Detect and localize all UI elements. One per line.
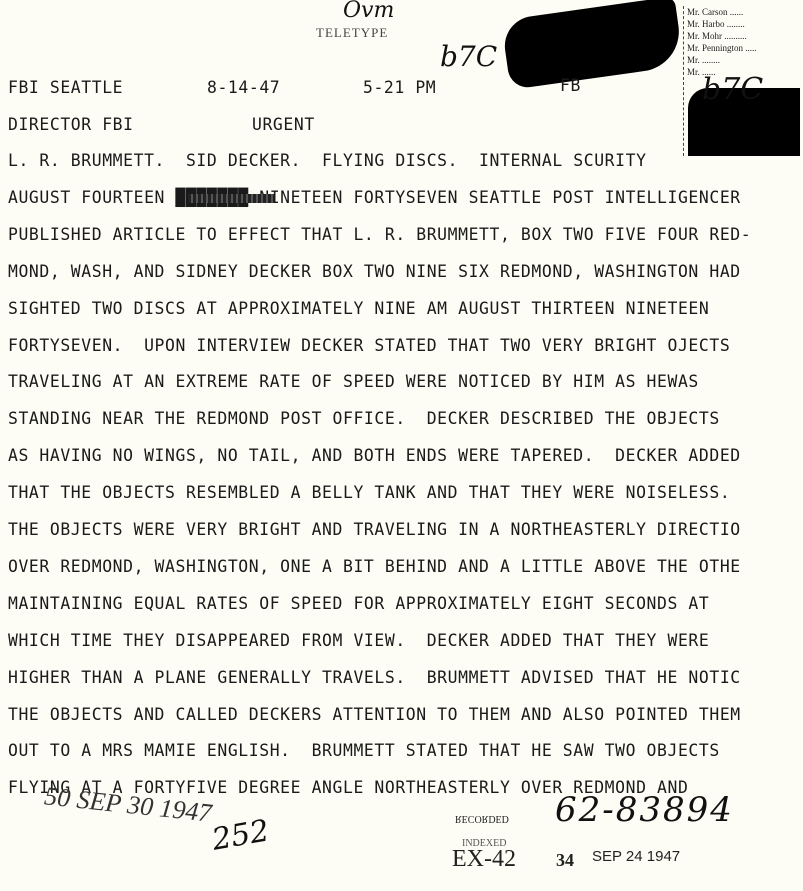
body-line: TRAVELING AT AN EXTREME RATE OF SPEED WE…	[8, 374, 699, 390]
routing-name: Mr. ........	[687, 54, 802, 66]
body-line: L. R. BRUMMETT. SID DECKER. FLYING DISCS…	[8, 153, 647, 169]
body-line: THE OBJECTS AND CALLED DECKERS ATTENTION…	[8, 707, 741, 723]
redaction-code-b7c: b7C	[440, 40, 497, 73]
handwritten-initials: Ovm	[343, 0, 394, 23]
message-time: 5-21 PM	[363, 80, 436, 96]
routing-name: Mr. Pennington .....	[687, 42, 802, 54]
file-number: 62-83894	[555, 790, 734, 830]
body-line: MOND, WASH, AND SIDNEY DECKER BOX TWO NI…	[8, 264, 741, 280]
body-line: THAT THE OBJECTS RESEMBLED A BELLY TANK …	[8, 485, 730, 501]
recipient: DIRECTOR FBI	[8, 117, 134, 133]
ex-label: EX-42	[452, 846, 516, 873]
index-number: 34	[556, 850, 574, 871]
message-date: 8-14-47	[207, 80, 280, 96]
body-line: STANDING NEAR THE REDMOND POST OFFICE. D…	[8, 411, 720, 427]
body-line: WHICH TIME THEY DISAPPEARED FROM VIEW. D…	[8, 633, 709, 649]
body-line: FORTYSEVEN. UPON INTERVIEW DECKER STATED…	[8, 338, 730, 354]
routing-name: Mr. Mohr ..........	[687, 30, 802, 42]
teletype-label: TELETYPE	[316, 25, 388, 41]
strikeout-mark	[188, 194, 274, 203]
from-office: FBI SEATTLE	[8, 80, 123, 96]
routing-name: Mr. Carson ......	[687, 6, 802, 18]
body-line: PUBLISHED ARTICLE TO EFFECT THAT L. R. B…	[8, 227, 751, 243]
body-line: OUT TO A MRS MAMIE ENGLISH. BRUMMETT STA…	[8, 743, 720, 759]
handwritten-number: 252	[209, 813, 271, 857]
body-line: MAINTAINING EQUAL RATES OF SPEED FOR APP…	[8, 596, 709, 612]
routing-name: Mr. Harbo ........	[687, 18, 802, 30]
recorded-label: RECORDED	[455, 813, 509, 824]
body-line: THE OBJECTS WERE VERY BRIGHT AND TRAVELI…	[8, 522, 741, 538]
teletype-document: Ovm TELETYPE b7C Mr. Carson ...... Mr. H…	[0, 0, 803, 891]
redaction-block-top	[501, 0, 684, 90]
body-line: OVER REDMOND, WASHINGTON, ONE A BIT BEHI…	[8, 559, 741, 575]
body-line: SIGHTED TWO DISCS AT APPROXIMATELY NINE …	[8, 301, 709, 317]
priority: URGENT	[252, 117, 315, 133]
redaction-code-b7c-routing: b7C	[702, 72, 763, 107]
index-date: SEP 24 1947	[592, 848, 680, 865]
message-code: FB	[560, 78, 581, 94]
body-line: HIGHER THAN A PLANE GENERALLY TRAVELS. B…	[8, 670, 741, 686]
body-line: AUGUST FOURTEEN ███████ NINETEEN FORTYSE…	[8, 190, 741, 206]
body-line: AS HAVING NO WINGS, NO TAIL, AND BOTH EN…	[8, 448, 741, 464]
